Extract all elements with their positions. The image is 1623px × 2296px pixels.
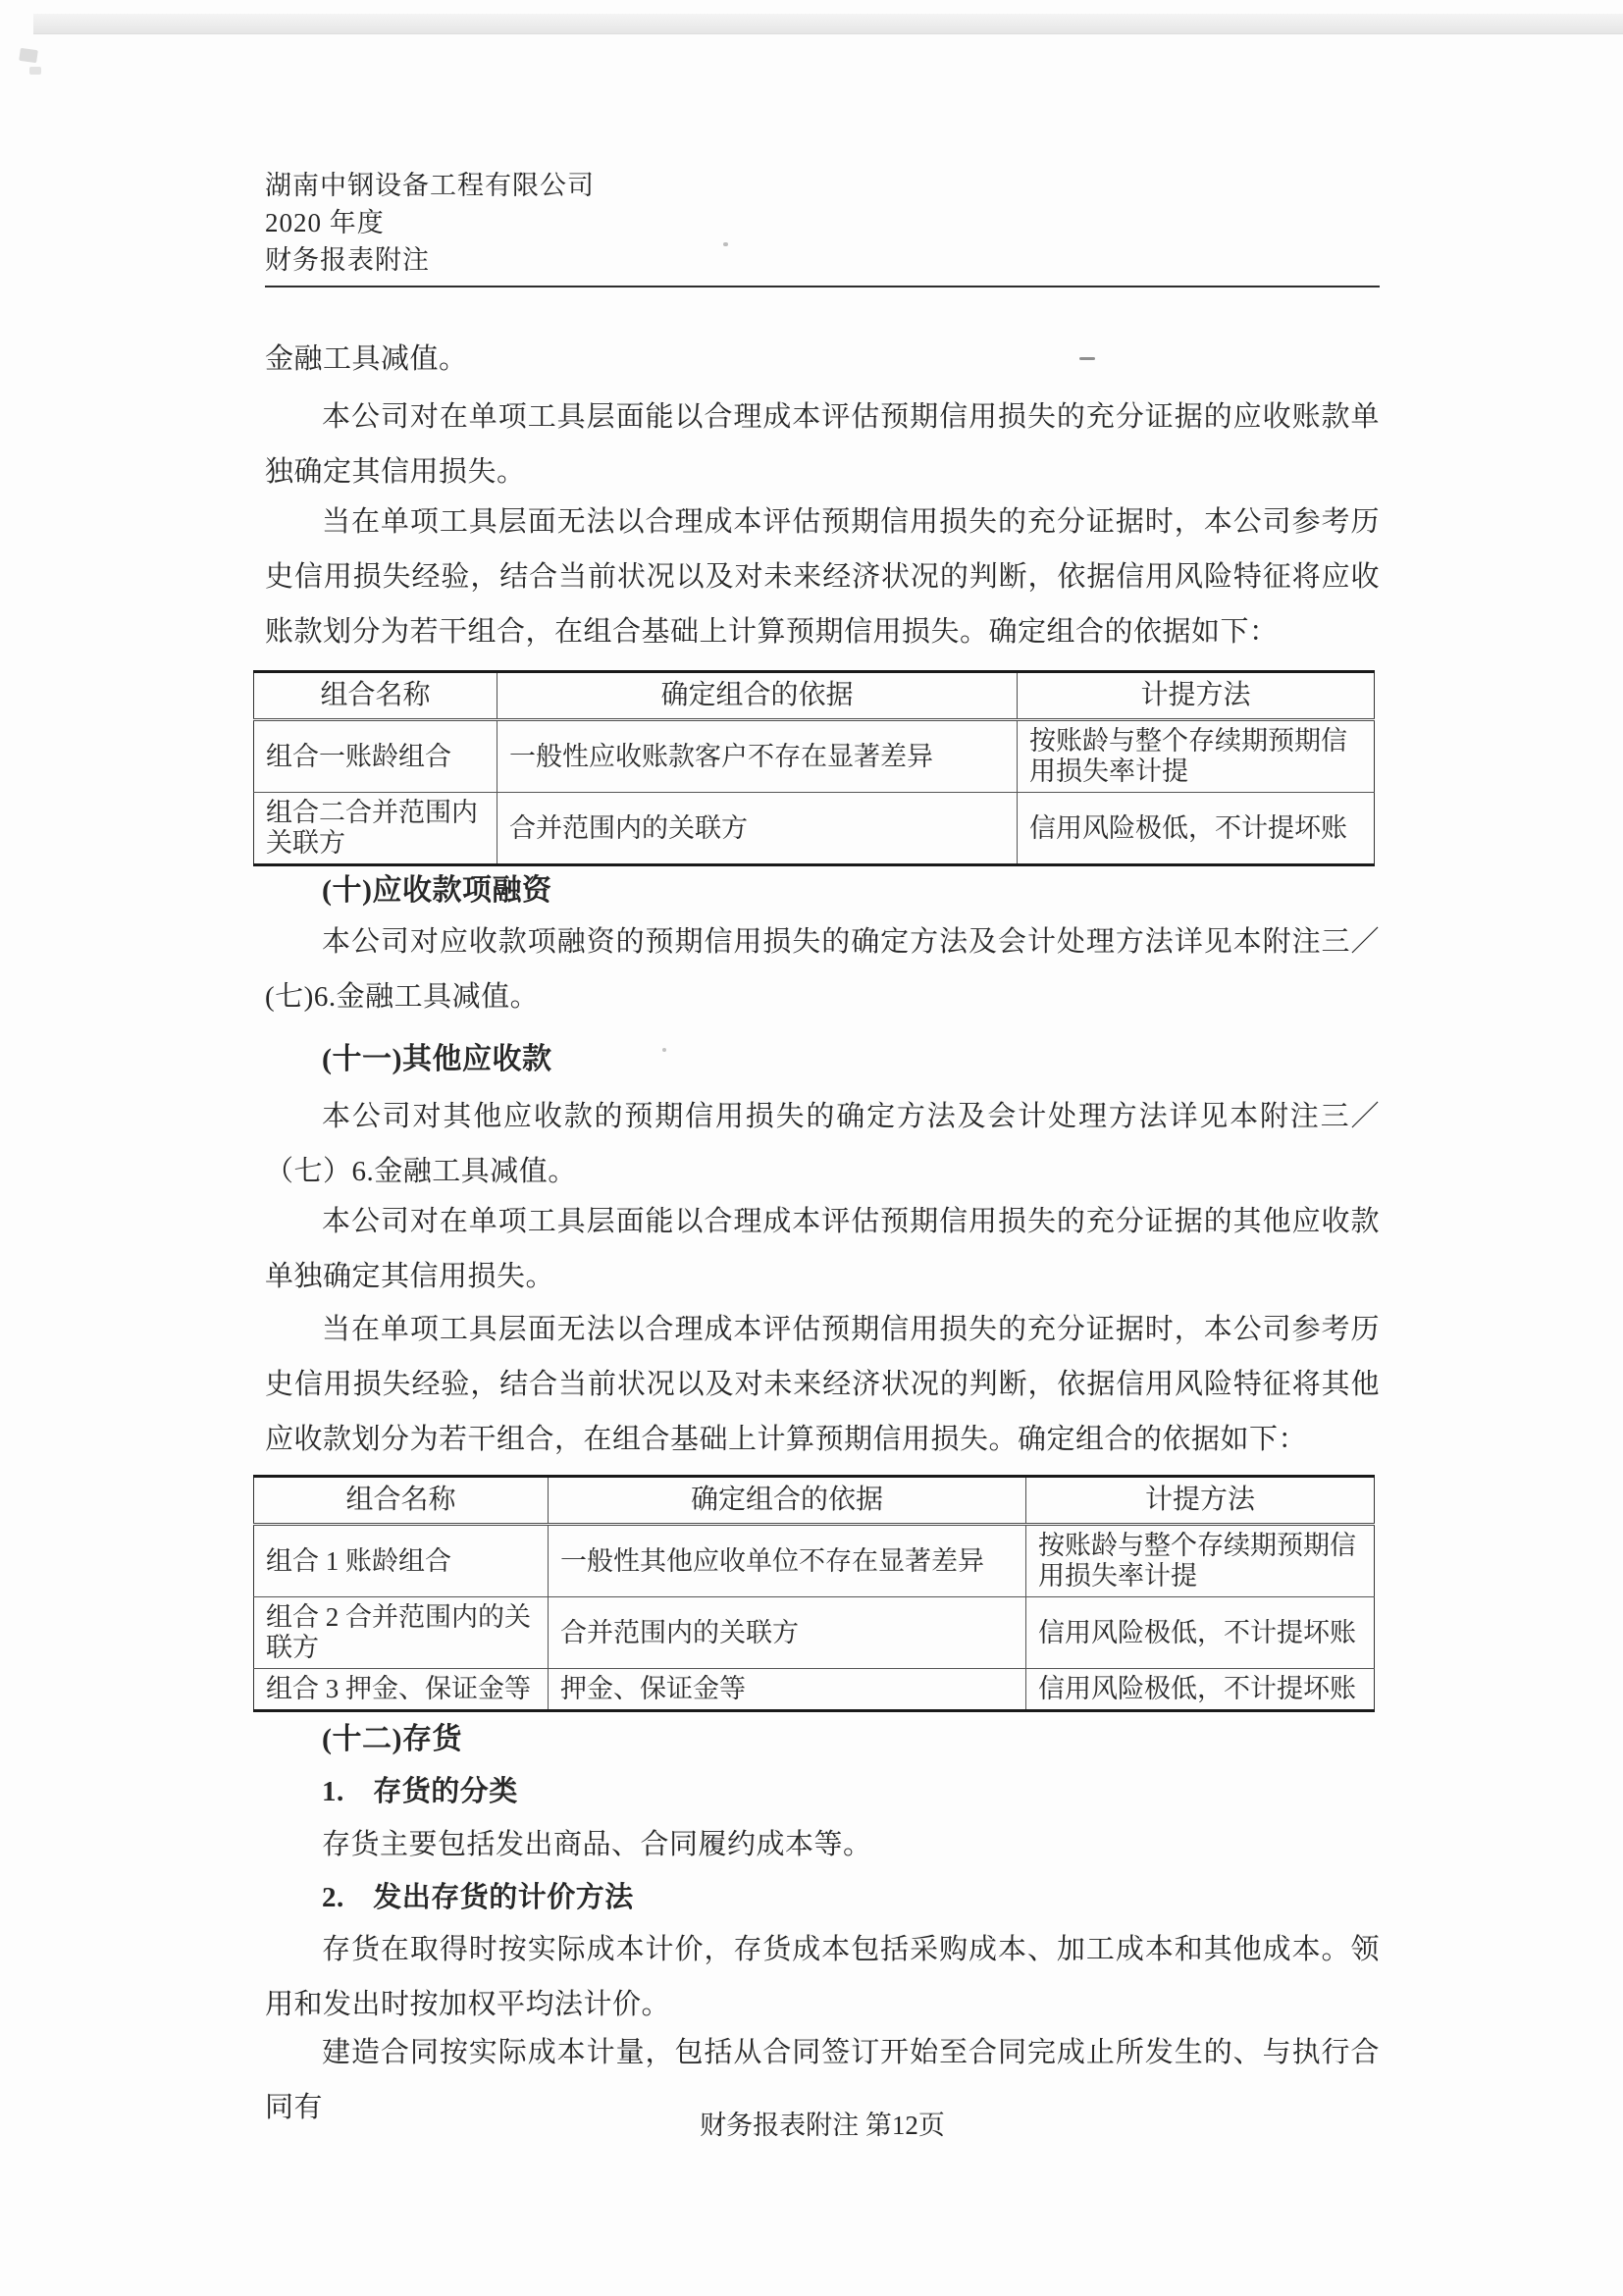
- document-header: 湖南中钢设备工程有限公司 2020 年度 财务报表附注: [265, 167, 1380, 287]
- document-page: 湖南中钢设备工程有限公司 2020 年度 财务报表附注 金融工具减值。 本公司对…: [0, 0, 1623, 2296]
- table-cell: 组合 2 合并范围内的关联方: [254, 1597, 549, 1669]
- sec12-sub2-heading: 2. 发出存货的计价方法: [265, 1870, 1380, 1925]
- fiscal-year: 2020 年度: [265, 204, 1380, 241]
- sec12-heading: (十二)存货: [265, 1712, 1380, 1767]
- table-cell: 一般性其他应收单位不存在显著差异: [549, 1525, 1026, 1597]
- table-row: 组合二合并范围内关联方 合并范围内的关联方 信用风险极低，不计提坏账: [254, 793, 1375, 865]
- ar-grouping-table: 组合名称 确定组合的依据 计提方法 组合一账龄组合 一般性应收账款客户不存在显著…: [253, 670, 1375, 866]
- table-header-row: 组合名称 确定组合的依据 计提方法: [254, 1477, 1375, 1525]
- table-header-cell: 确定组合的依据: [549, 1477, 1026, 1525]
- other-receivables-grouping-table: 组合名称 确定组合的依据 计提方法 组合 1 账龄组合 一般性其他应收单位不存在…: [253, 1475, 1375, 1712]
- table-cell: 按账龄与整个存续期预期信用损失率计提: [1018, 720, 1375, 793]
- scan-speck: [19, 48, 38, 63]
- table-cell: 按账龄与整个存续期预期信用损失率计提: [1026, 1525, 1375, 1597]
- table-row: 组合 1 账龄组合 一般性其他应收单位不存在显著差异 按账龄与整个存续期预期信用…: [254, 1525, 1375, 1597]
- table-row: 组合一账龄组合 一般性应收账款客户不存在显著差异 按账龄与整个存续期预期信用损失…: [254, 720, 1375, 793]
- table-cell: 合并范围内的关联方: [549, 1597, 1026, 1669]
- table-cell: 组合一账龄组合: [254, 720, 497, 793]
- sec12-sub1-heading: 1. 存货的分类: [265, 1764, 1380, 1819]
- paragraph-sec11-reference: 本公司对其他应收款的预期信用损失的确定方法及会计处理方法详见本附注三／（七）6.…: [265, 1089, 1380, 1199]
- paragraph-inventory-valuation: 存货在取得时按实际成本计价，存货成本包括采购成本、加工成本和其他成本。领用和发出…: [265, 1922, 1380, 2032]
- paragraph-ar-portfolio-basis: 当在单项工具层面无法以合理成本评估预期信用损失的充分证据时，本公司参考历史信用损…: [265, 495, 1380, 659]
- paragraph-ar-individual-assessment: 本公司对在单项工具层面能以合理成本评估预期信用损失的充分证据的应收账款单独确定其…: [265, 390, 1380, 499]
- page-content: 湖南中钢设备工程有限公司 2020 年度 财务报表附注 金融工具减值。 本公司对…: [265, 0, 1380, 2296]
- table-cell: 信用风险极低，不计提坏账: [1018, 793, 1375, 865]
- table-cell: 组合 3 押金、保证金等: [254, 1669, 549, 1711]
- table-cell: 组合 1 账龄组合: [254, 1525, 549, 1597]
- paragraph-sec11-individual: 本公司对在单项工具层面能以合理成本评估预期信用损失的充分证据的其他应收款单独确定…: [265, 1194, 1380, 1304]
- table-header-cell: 确定组合的依据: [497, 672, 1018, 720]
- table-cell: 押金、保证金等: [549, 1669, 1026, 1711]
- sec11-heading: (十一)其他应收款: [265, 1032, 1380, 1087]
- company-name: 湖南中钢设备工程有限公司: [265, 167, 1380, 204]
- table-header-row: 组合名称 确定组合的依据 计提方法: [254, 672, 1375, 720]
- table-row: 组合 2 合并范围内的关联方 合并范围内的关联方 信用风险极低，不计提坏账: [254, 1597, 1375, 1669]
- paragraph-inventory-classification: 存货主要包括发出商品、合同履约成本等。: [265, 1817, 1380, 1872]
- table-row: 组合 3 押金、保证金等 押金、保证金等 信用风险极低，不计提坏账: [254, 1669, 1375, 1711]
- document-title: 财务报表附注: [265, 241, 1380, 279]
- table-header-cell: 组合名称: [254, 1477, 549, 1525]
- table-cell: 合并范围内的关联方: [497, 793, 1018, 865]
- table-header-cell: 计提方法: [1026, 1477, 1375, 1525]
- paragraph-sec11-portfolio: 当在单项工具层面无法以合理成本评估预期信用损失的充分证据时，本公司参考历史信用损…: [265, 1302, 1380, 1467]
- page-footer: 财务报表附注 第12页: [265, 2106, 1380, 2145]
- sec10-heading: (十)应收款项融资: [265, 863, 1380, 918]
- paragraph-sec10-reference: 本公司对应收款项融资的预期信用损失的确定方法及会计处理方法详见本附注三／(七)6…: [265, 914, 1380, 1024]
- paragraph-impairment-carryover: 金融工具减值。: [265, 332, 1380, 387]
- header-rule: [265, 286, 1380, 287]
- table-cell: 信用风险极低，不计提坏账: [1026, 1597, 1375, 1669]
- table-header-cell: 组合名称: [254, 672, 497, 720]
- table-header-cell: 计提方法: [1018, 672, 1375, 720]
- table-cell: 组合二合并范围内关联方: [254, 793, 497, 865]
- table-cell: 一般性应收账款客户不存在显著差异: [497, 720, 1018, 793]
- table-cell: 信用风险极低，不计提坏账: [1026, 1669, 1375, 1711]
- scan-speck: [29, 67, 41, 75]
